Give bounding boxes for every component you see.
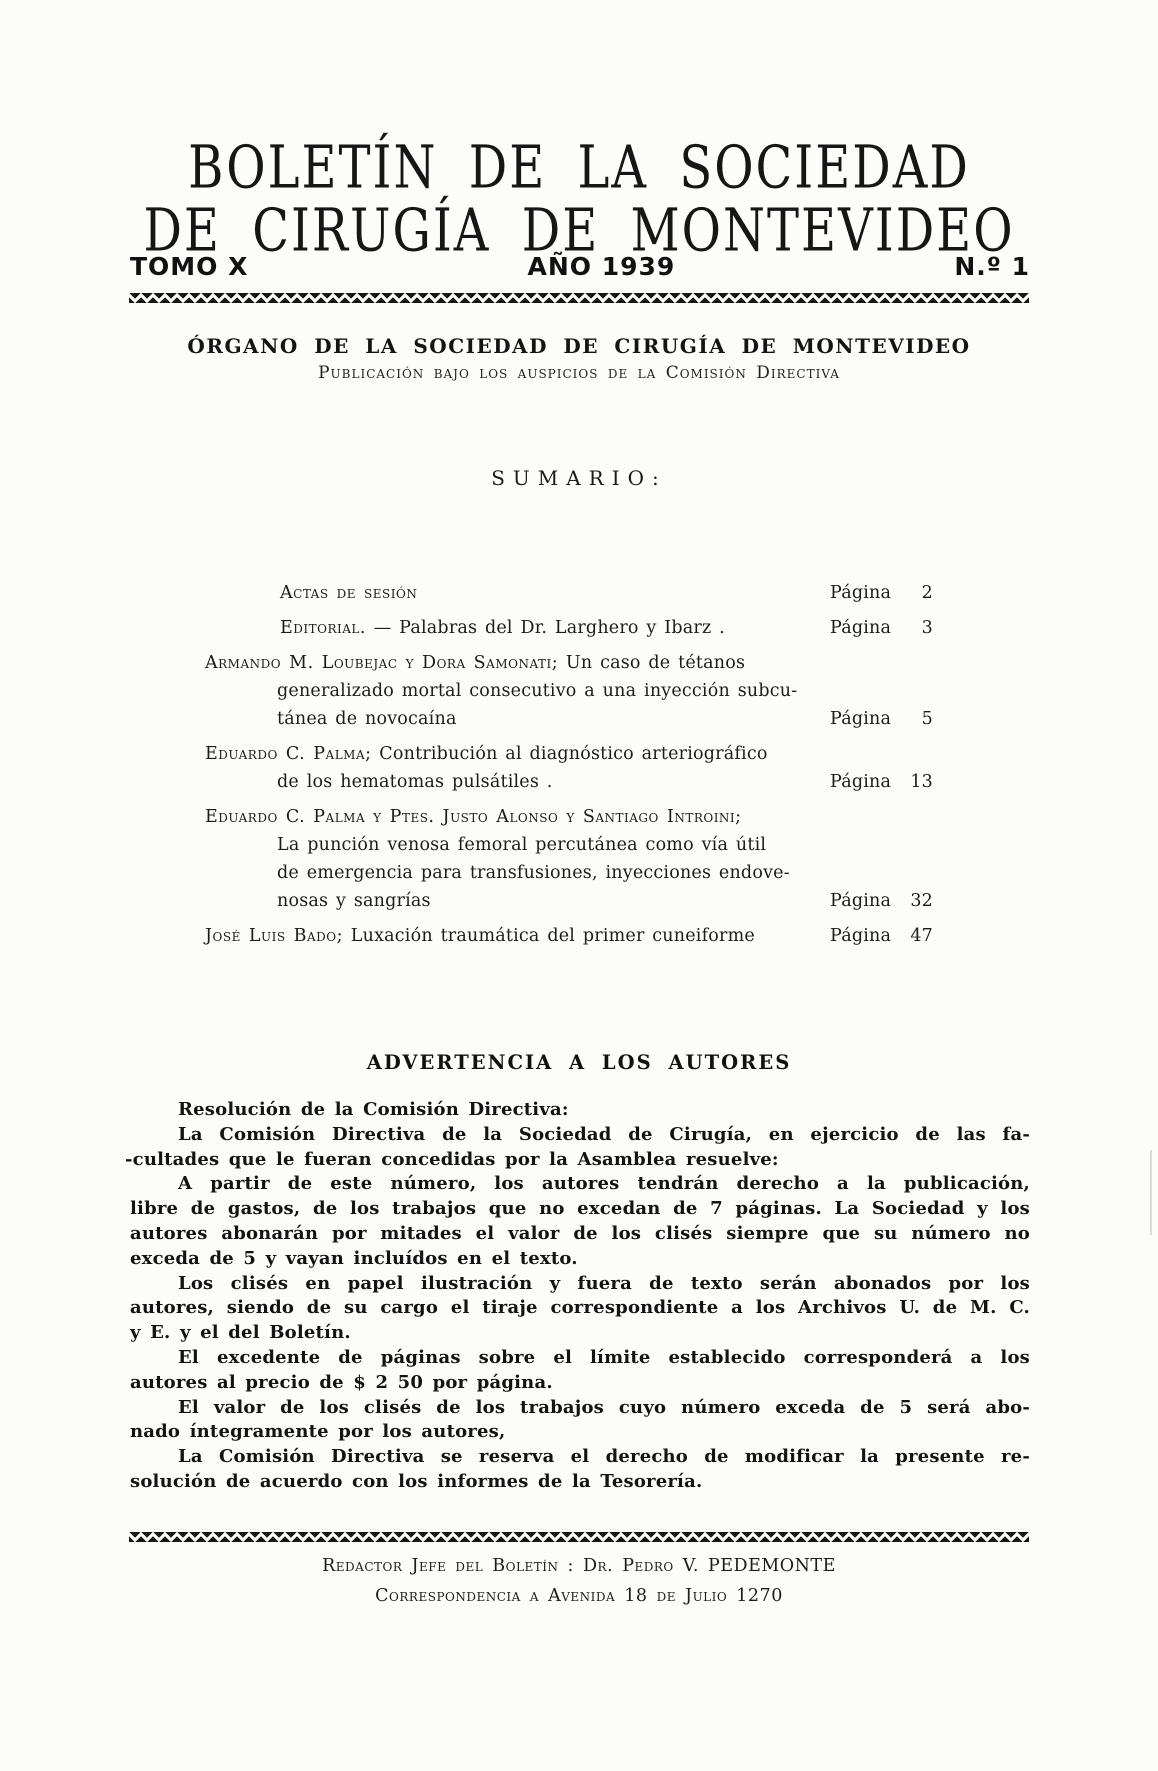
page-label: Página	[830, 887, 891, 915]
year-label: AÑO 1939	[527, 252, 675, 281]
paragraph-line: El excedente de páginas sobre el límite …	[130, 1346, 1030, 1371]
advertencia-body: Resolución de la Comisión Directiva: La …	[130, 1098, 1030, 1495]
toc-entry-text: — Palabras del Dr. Larghero y Ibarz .	[366, 618, 725, 638]
toc-line: Editorial. — Palabras del Dr. Larghero y…	[205, 614, 932, 642]
page-label: Página	[830, 768, 891, 796]
page-label: Página	[830, 705, 891, 733]
toc-page-ref: Página47	[830, 922, 933, 950]
paragraph-line: autores abonarán por mitades el valor de…	[130, 1222, 1030, 1247]
toc-line: nosas y sangrías	[205, 887, 932, 915]
paragraph-line: autores, siendo de su cargo el tiraje co…	[130, 1296, 1030, 1321]
toc-line: tánea de novocaína	[205, 705, 932, 733]
toc-line: de emergencia para transfusiones, inyecc…	[205, 859, 932, 887]
paragraph-line: autores al precio de $ 2 50 por página.	[130, 1371, 1030, 1396]
toc-entry-title: Editorial.	[280, 618, 366, 638]
volume-year-number-row: TOMO X AÑO 1939 N.º 1	[130, 252, 1030, 281]
toc-entry-loubejac-samonati: Armando M. Loubejac y Dora Samonati; Un …	[205, 649, 932, 733]
toc-entry-authors: Armando M. Loubejac y Dora Samonati;	[205, 653, 558, 673]
page-label: Página	[830, 922, 891, 950]
toc-line: generalizado mortal consecutivo a una in…	[205, 677, 932, 705]
paragraph-line: A partir de este número, los autores ten…	[130, 1172, 1030, 1197]
toc-entry-editorial: Editorial. — Palabras del Dr. Larghero y…	[205, 614, 932, 642]
toc-line: José Luis Bado; Luxación traumática del …	[205, 922, 932, 950]
paragraph-line: y E. y el del Boletín.	[130, 1321, 1030, 1346]
issue-number-label: N.º 1	[954, 252, 1030, 281]
paragraph-line: -cultades que le fueran concedidas por l…	[125, 1148, 1030, 1173]
ornamental-rule-top	[129, 293, 1029, 303]
toc-entry-authors: Eduardo C. Palma;	[205, 744, 372, 764]
toc-page-ref: Página13	[830, 768, 933, 796]
toc-line: Actas de sesión	[205, 579, 932, 607]
publication-statement: Publicación bajo los auspicios de la Com…	[0, 363, 1158, 383]
toc-line: Eduardo C. Palma y Ptes. Justo Alonso y …	[205, 803, 932, 831]
page-number: 5	[922, 705, 933, 733]
toc-page-ref: Página2	[830, 579, 933, 607]
ornamental-rule-bottom	[129, 1532, 1029, 1542]
toc-entry-authors: Eduardo C. Palma y Ptes. Justo Alonso y …	[205, 807, 742, 827]
page-label: Página	[830, 579, 891, 607]
toc-line: Armando M. Loubejac y Dora Samonati; Un …	[205, 649, 932, 677]
toc-page-ref: Página3	[830, 614, 933, 642]
tomo-label: TOMO X	[130, 252, 248, 281]
paragraph-line: Los clisés en papel ilustración y fuera …	[130, 1272, 1030, 1297]
organ-statement: ÓRGANO DE LA SOCIEDAD DE CIRUGÍA DE MONT…	[0, 334, 1158, 358]
table-of-contents: Actas de sesión Página2 Editorial. — Pal…	[205, 579, 932, 957]
toc-page-ref: Página32	[830, 887, 933, 915]
paragraph-line: exceda de 5 y vayan incluídos en el text…	[130, 1247, 1030, 1272]
toc-entry-bado: José Luis Bado; Luxación traumática del …	[205, 922, 932, 950]
page-number: 47	[910, 922, 933, 950]
toc-entry-text: Luxación traumática del primer cuneiform…	[343, 926, 755, 946]
toc-page-ref: Página5	[830, 705, 933, 733]
advertencia-heading: ADVERTENCIA A LOS AUTORES	[0, 1051, 1158, 1074]
page-number: 2	[922, 579, 933, 607]
paragraph-line: El valor de los clisés de los trabajos c…	[130, 1396, 1030, 1421]
toc-entry-palma: Eduardo C. Palma; Contribución al diagnó…	[205, 740, 932, 796]
paragraph-line: libre de gastos, de los trabajos que no …	[130, 1197, 1030, 1222]
toc-entry-text: Contribución al diagnóstico arteriográfi…	[372, 744, 768, 764]
toc-entry-text: Un caso de tétanos	[558, 653, 745, 673]
toc-entry-title: Actas de sesión	[280, 583, 417, 603]
page-number: 3	[922, 614, 933, 642]
toc-line: La punción venosa femoral percutánea com…	[205, 831, 932, 859]
toc-entry-authors: José Luis Bado;	[205, 926, 343, 946]
toc-entry-palma-alonso-introini: Eduardo C. Palma y Ptes. Justo Alonso y …	[205, 803, 932, 915]
scan-artifact	[1150, 1150, 1152, 1235]
toc-entry-actas: Actas de sesión Página2	[205, 579, 932, 607]
journal-title-line1: BOLETÍN DE LA SOCIEDAD	[0, 134, 1158, 202]
paragraph-line: La Comisión Directiva se reserva el dere…	[130, 1445, 1030, 1470]
page-number: 32	[910, 887, 933, 915]
journal-cover-page: BOLETÍN DE LA SOCIEDAD DE CIRUGÍA DE MON…	[0, 0, 1158, 1771]
page-label: Página	[830, 614, 891, 642]
paragraph-line: La Comisión Directiva de la Sociedad de …	[130, 1123, 1030, 1148]
sumario-heading: SUMARIO:	[0, 466, 1158, 490]
toc-line: Eduardo C. Palma; Contribución al diagnó…	[205, 740, 932, 768]
paragraph-line: nado íntegramente por los autores,	[130, 1420, 1030, 1445]
toc-line: de los hematomas pulsátiles .	[205, 768, 932, 796]
paragraph-line: Resolución de la Comisión Directiva:	[130, 1098, 1030, 1123]
paragraph-line: solución de acuerdo con los informes de …	[130, 1470, 1030, 1495]
correspondence-line: Correspondencia a Avenida 18 de Julio 12…	[0, 1586, 1158, 1606]
page-number: 13	[910, 768, 933, 796]
editor-line: Redactor Jefe del Boletín : Dr. Pedro V.…	[0, 1556, 1158, 1576]
